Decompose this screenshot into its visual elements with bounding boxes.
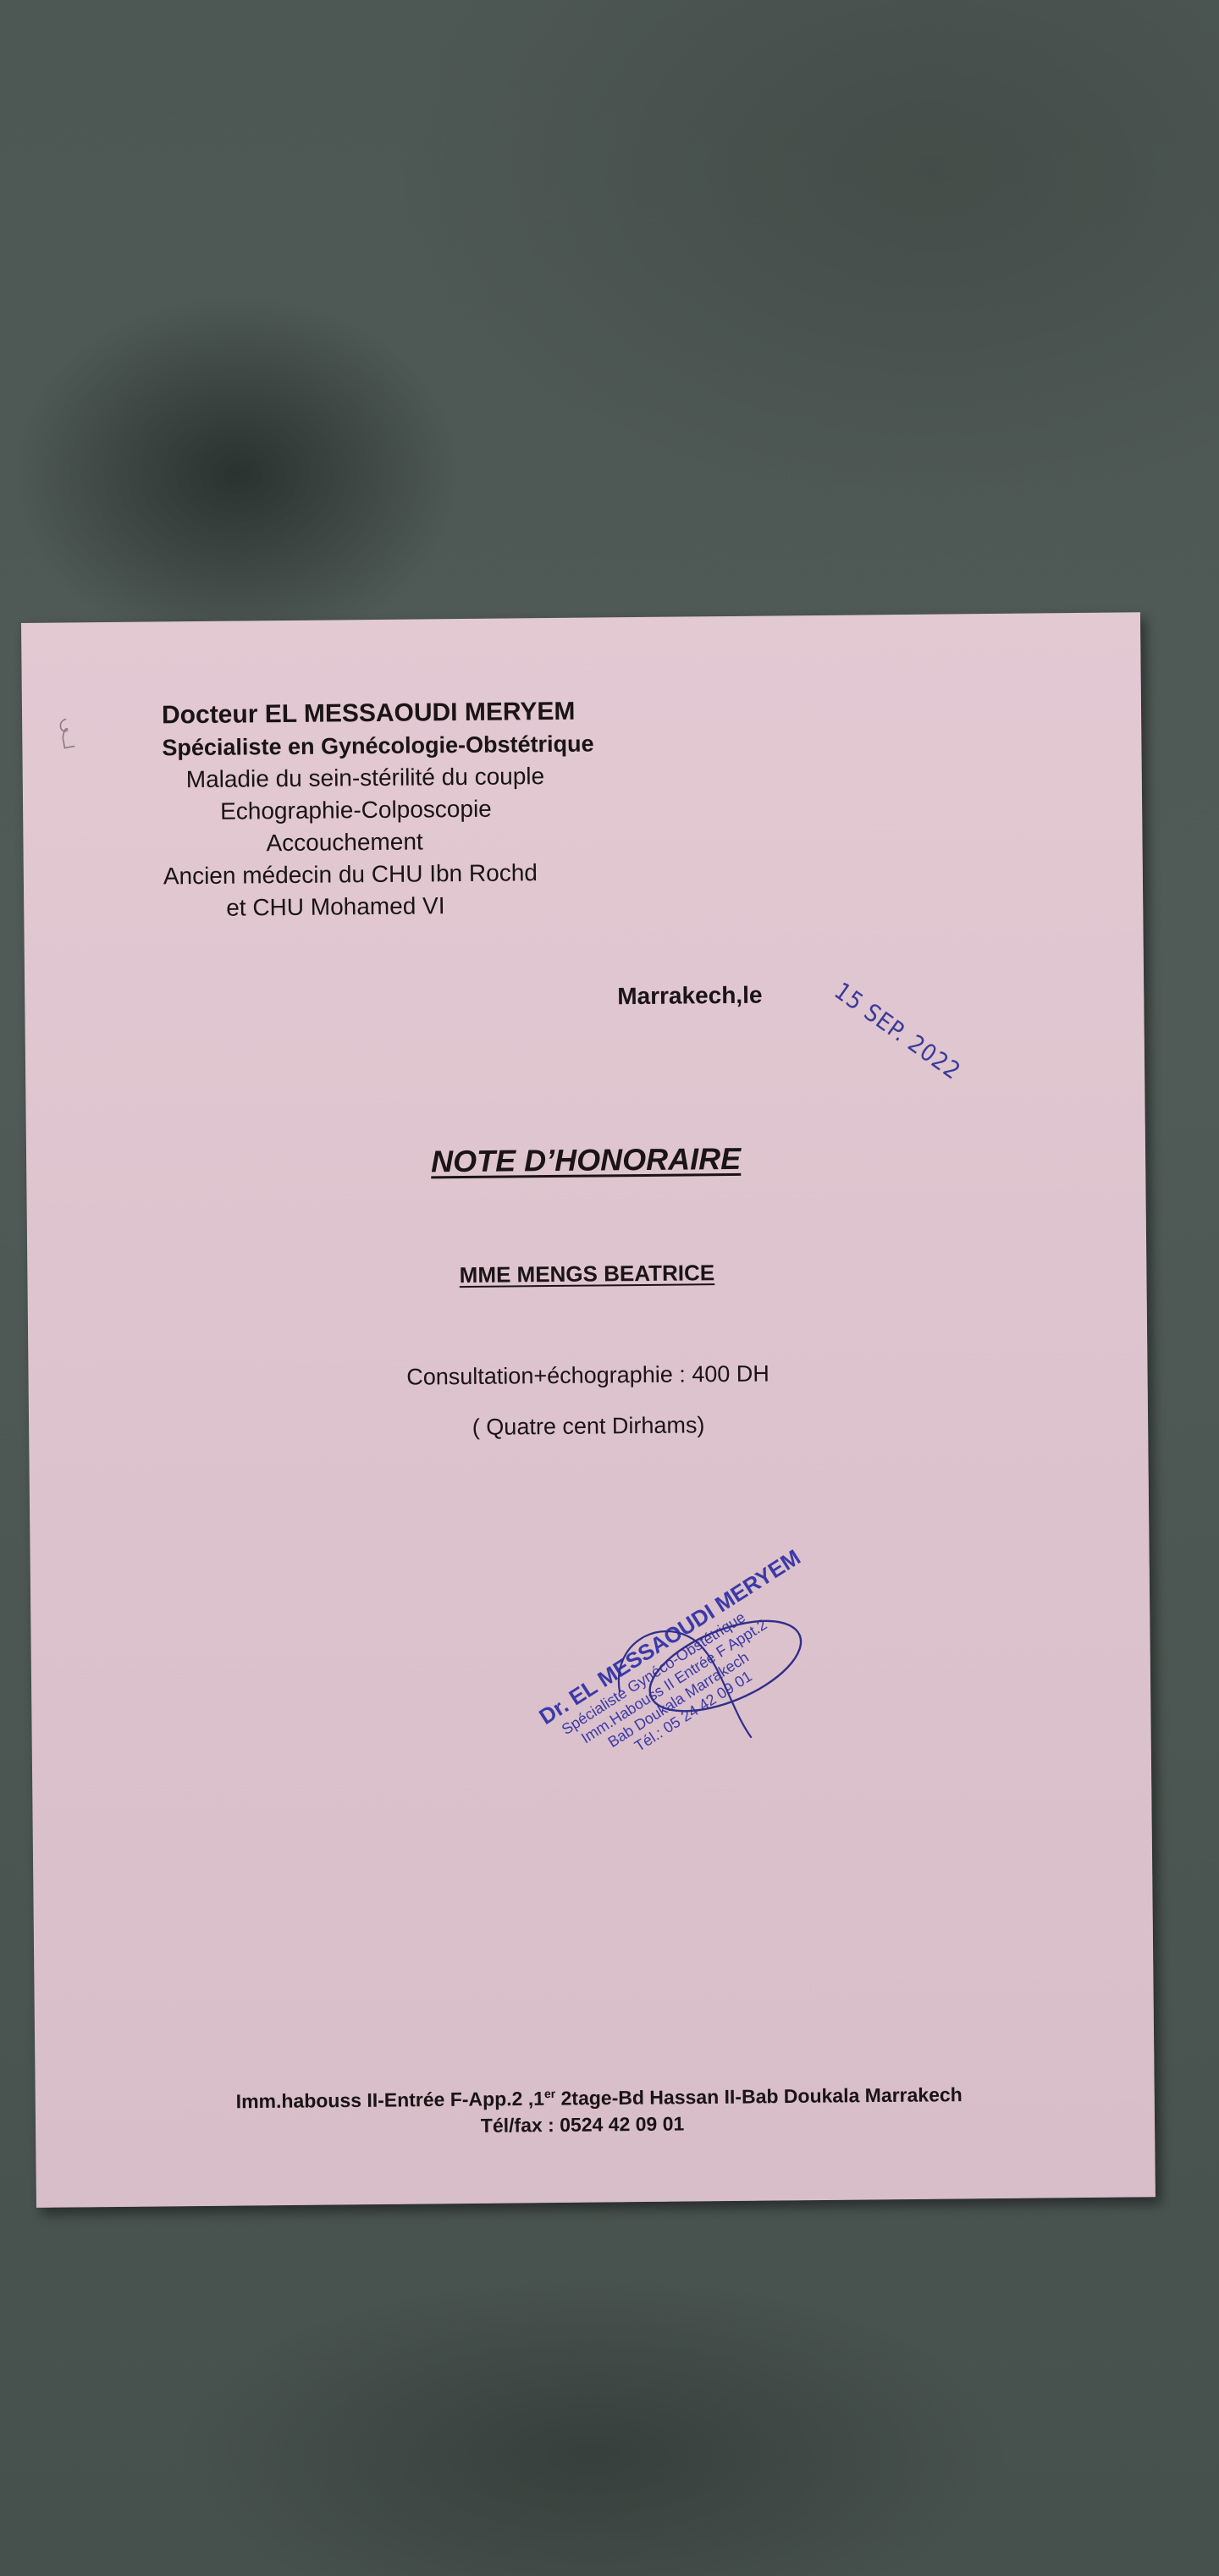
date-stamp: 15 SEP. 2022 [830, 977, 967, 1085]
header-line-4: Ancien médecin du CHU Ibn Rochd [163, 856, 637, 892]
fee-note-paper: Docteur EL MESSAOUDI MERYEM Spécialiste … [21, 612, 1156, 2208]
pen-mark-icon [54, 715, 80, 758]
date-row: Marrakech,le 15 SEP. 2022 [617, 982, 763, 1011]
header-line-2: Echographie-Colposcopie [163, 792, 637, 828]
doctor-stamp: Dr. EL MESSAOUDI MERYEM Spécialiste Gyné… [568, 1564, 824, 1769]
fee-line: Consultation+échographie : 400 DH [28, 1357, 1147, 1394]
header-line-5: et CHU Mohamed VI [163, 888, 637, 924]
doctor-header: Docteur EL MESSAOUDI MERYEM Spécialiste … [162, 695, 638, 924]
patient-name: MME MENGS BEATRICE [27, 1255, 1146, 1293]
header-line-1: Maladie du sein-stérilité du couple [163, 759, 637, 796]
place-label: Marrakech,le [617, 982, 763, 1010]
document-title: NOTE D’HONORAIRE [26, 1137, 1145, 1183]
header-line-3: Accouchement [163, 824, 637, 860]
doctor-name: Docteur EL MESSAOUDI MERYEM [162, 695, 636, 731]
doctor-specialty: Spécialiste en Gynécologie-Obstétrique [162, 727, 636, 764]
footer: Imm.habouss II-Entrée F-App.2 ,1er 2tage… [36, 2081, 1156, 2141]
fee-in-words: ( Quatre cent Dirhams) [29, 1408, 1148, 1445]
signature-icon [568, 1564, 824, 1769]
